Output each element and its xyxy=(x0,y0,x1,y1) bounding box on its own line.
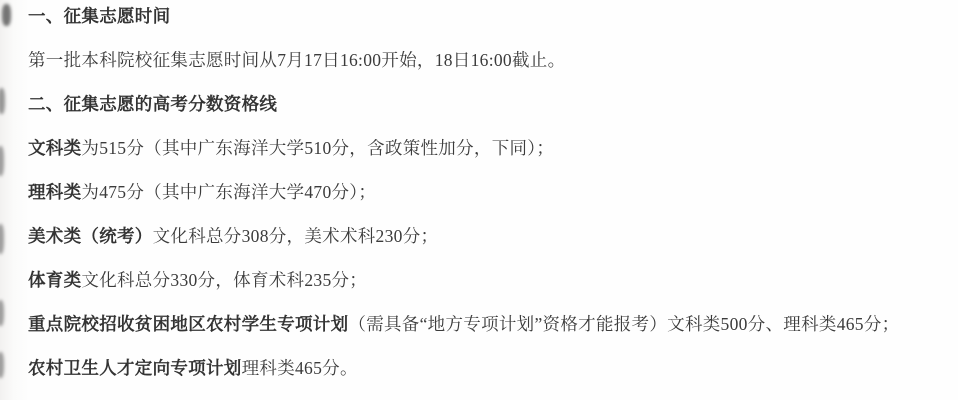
scan-smudge-artifact xyxy=(0,88,5,114)
document-body: 一、征集志愿时间 第一批本科院校征集志愿时间从7月17日16:00开始，18日1… xyxy=(28,6,928,400)
scan-smudge-artifact xyxy=(0,146,4,176)
scan-smudge-artifact xyxy=(0,300,4,326)
category-label: 文科类 xyxy=(28,138,81,158)
heading-text: 二、征集志愿的高考分数资格线 xyxy=(28,94,277,114)
paragraph-text: 为475分（其中广东海洋大学470分）； xyxy=(81,182,376,202)
paragraph-text: 理科类465分。 xyxy=(242,358,358,378)
science-score-line: 理科类为475分（其中广东海洋大学470分）； xyxy=(28,182,928,203)
rural-health-plan-line: 农村卫生人才定向专项计划理科类465分。 xyxy=(28,358,928,379)
paragraph-text: 第一批本科院校征集志愿时间从7月17日16:00开始，18日16:00截止。 xyxy=(28,50,565,70)
paragraph-text: 为515分（其中广东海洋大学510分，含政策性加分，下同）； xyxy=(81,138,554,158)
admission-time-paragraph: 第一批本科院校征集志愿时间从7月17日16:00开始，18日16:00截止。 xyxy=(28,50,928,71)
section-2-heading: 二、征集志愿的高考分数资格线 xyxy=(28,94,928,115)
rural-special-plan-line: 重点院校招收贫困地区农村学生专项计划（需具备“地方专项计划”资格才能报考）文科类… xyxy=(28,314,928,335)
category-label: 重点院校招收贫困地区农村学生专项计划 xyxy=(28,314,348,334)
category-label: 理科类 xyxy=(28,182,81,202)
paragraph-text: （需具备“地方专项计划”资格才能报考）文科类500分、理科类465分； xyxy=(348,314,899,334)
liberal-arts-score-line: 文科类为515分（其中广东海洋大学510分，含政策性加分，下同）； xyxy=(28,138,928,159)
sports-score-line: 体育类文化科总分330分，体育术科235分； xyxy=(28,270,928,291)
paragraph-text: 文化科总分330分，体育术科235分； xyxy=(81,270,367,290)
category-label: 体育类 xyxy=(28,270,81,290)
category-label: 美术类（统考） xyxy=(28,226,153,246)
heading-text: 一、征集志愿时间 xyxy=(28,6,170,26)
section-1-heading: 一、征集志愿时间 xyxy=(28,6,928,27)
paragraph-text: 文化科总分308分，美术术科230分； xyxy=(153,226,439,246)
scan-smudge-artifact xyxy=(2,4,11,26)
fine-arts-score-line: 美术类（统考）文化科总分308分，美术术科230分； xyxy=(28,226,928,247)
notice-document: 一、征集志愿时间 第一批本科院校征集志愿时间从7月17日16:00开始，18日1… xyxy=(0,0,958,400)
scan-smudge-artifact xyxy=(0,352,4,378)
scan-smudge-artifact xyxy=(0,224,4,254)
category-label: 农村卫生人才定向专项计划 xyxy=(28,358,242,378)
